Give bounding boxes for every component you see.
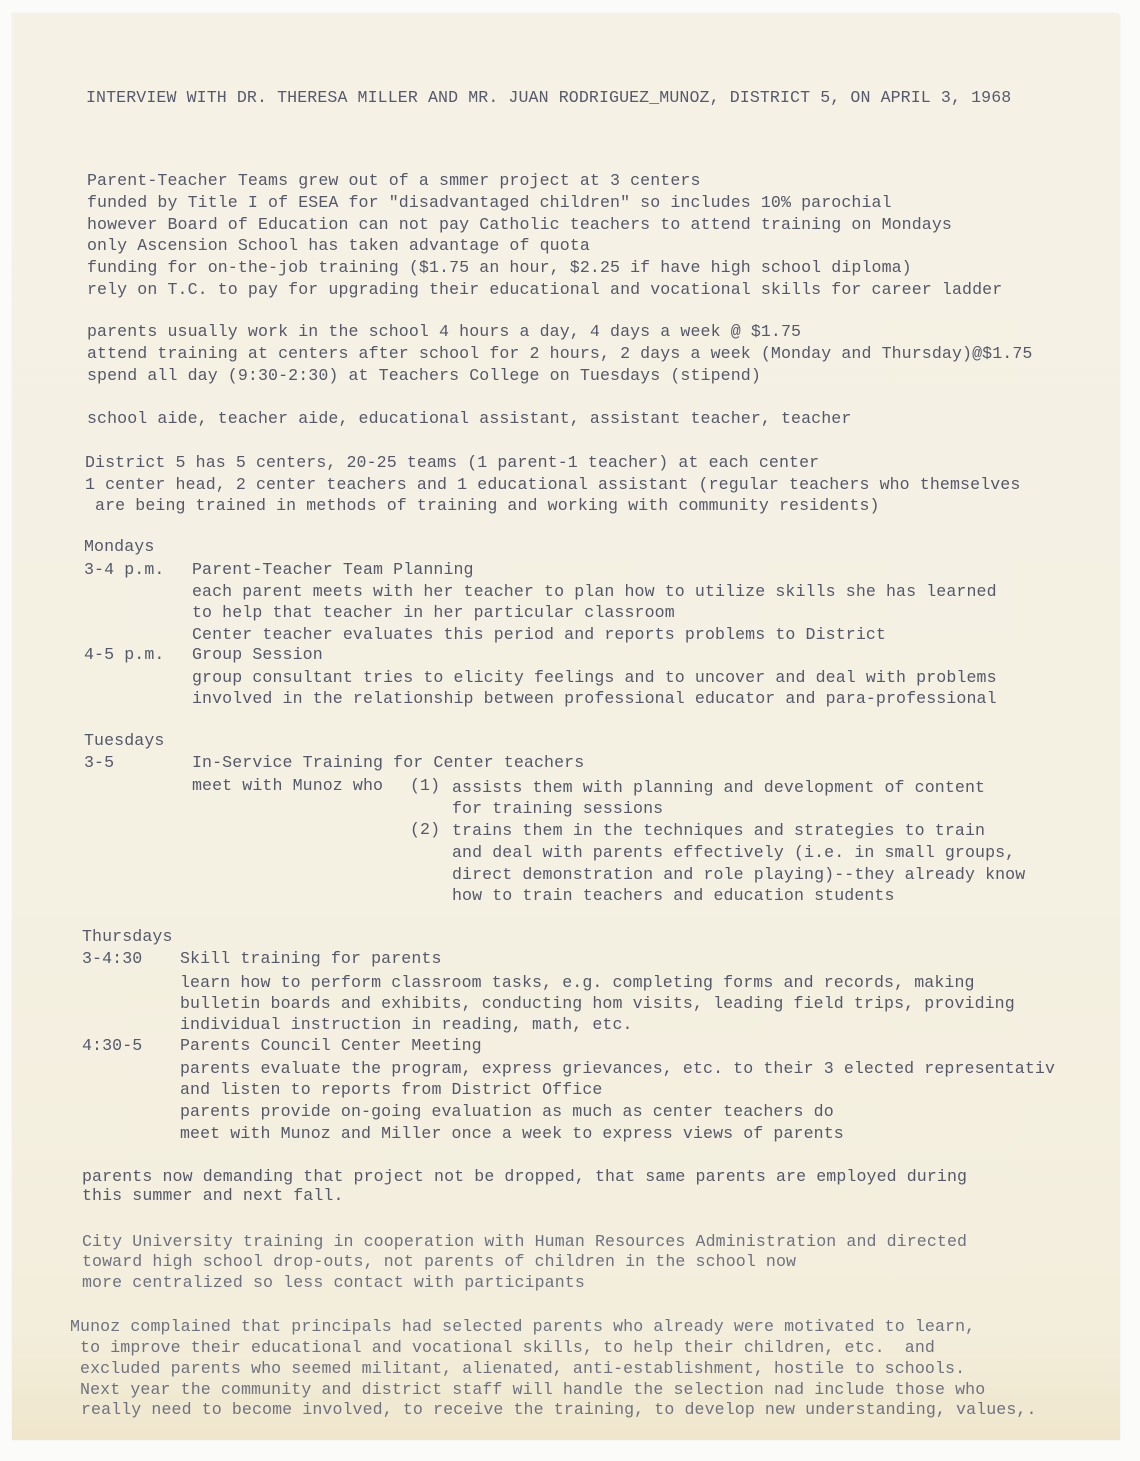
item-line: for training sessions xyxy=(452,799,663,819)
session-detail: individual instruction in reading, math,… xyxy=(180,1015,633,1035)
career-ladder-line: school aide, teacher aide, educational a… xyxy=(87,409,851,429)
session-time: 4-5 p.m. xyxy=(84,645,164,665)
session-title: Parent-Teacher Team Planning xyxy=(192,560,474,580)
session-detail: parents provide on-going evaluation as m… xyxy=(180,1102,834,1122)
session-title: In-Service Training for Center teachers xyxy=(192,753,584,773)
session-time: 3-4:30 xyxy=(82,949,142,969)
text-line: District 5 has 5 centers, 20-25 teams (1… xyxy=(85,453,819,473)
item-line: how to train teachers and education stud… xyxy=(452,886,895,906)
session-time: 3-4 p.m. xyxy=(84,560,164,580)
text-line: are being trained in methods of training… xyxy=(85,496,880,516)
session-detail: bulletin boards and exhibits, conducting… xyxy=(180,994,1015,1014)
item-line: and deal with parents effectively (i.e. … xyxy=(452,843,1015,863)
item-marker: (1) xyxy=(410,776,440,796)
text-line: City University training in cooperation … xyxy=(82,1232,967,1252)
session-title: Skill training for parents xyxy=(180,949,442,969)
day-heading: Tuesdays xyxy=(84,731,164,751)
item-line: trains them in the techniques and strate… xyxy=(452,821,985,841)
text-line: only Ascension School has taken advantag… xyxy=(87,236,590,256)
session-title: Parents Council Center Meeting xyxy=(180,1036,482,1056)
session-time: 3-5 xyxy=(84,753,114,773)
text-line: Munoz complained that principals had sel… xyxy=(70,1317,975,1337)
session-detail: involved in the relationship between pro… xyxy=(192,689,997,709)
text-line: to improve their educational and vocatio… xyxy=(70,1338,935,1358)
item-marker: (2) xyxy=(410,820,440,840)
session-detail: group consultant tries to elicity feelin… xyxy=(192,668,997,688)
item-line: assists them with planning and developme… xyxy=(452,778,985,798)
day-heading: Thursdays xyxy=(82,927,173,947)
text-line: more centralized so less contact with pa… xyxy=(82,1273,585,1293)
text-line: Next year the community and district sta… xyxy=(70,1380,985,1400)
text-line: funded by Title I of ESEA for "disadvant… xyxy=(87,193,892,213)
session-lead-in: meet with Munoz who xyxy=(192,776,383,796)
session-detail: to help that teacher in her particular c… xyxy=(192,603,675,623)
text-line: Parent-Teacher Teams grew out of a smmer… xyxy=(87,171,701,191)
text-line: parents now demanding that project not b… xyxy=(82,1167,967,1187)
text-line: attend training at centers after school … xyxy=(87,344,1032,364)
session-detail: parents evaluate the program, express gr… xyxy=(180,1059,1055,1079)
session-title: Group Session xyxy=(192,645,323,665)
text-line: however Board of Education can not pay C… xyxy=(87,215,952,235)
text-line: 1 center head, 2 center teachers and 1 e… xyxy=(85,475,1020,495)
text-line: toward high school drop-outs, not parent… xyxy=(82,1252,796,1272)
session-detail: Center teacher evaluates this period and… xyxy=(192,625,886,645)
session-time: 4:30-5 xyxy=(82,1036,142,1056)
text-line: funding for on-the-job training ($1.75 a… xyxy=(87,258,912,278)
text-line: this summer and next fall. xyxy=(82,1186,344,1206)
document-title: INTERVIEW WITH DR. THERESA MILLER AND MR… xyxy=(86,88,1011,108)
day-heading: Mondays xyxy=(84,537,154,557)
session-detail: each parent meets with her teacher to pl… xyxy=(192,582,997,602)
item-line: direct demonstration and role playing)--… xyxy=(452,865,1025,885)
text-line: rely on T.C. to pay for upgrading their … xyxy=(87,280,1002,300)
text-line: excluded parents who seemed militant, al… xyxy=(70,1359,965,1379)
session-detail: and listen to reports from District Offi… xyxy=(180,1080,602,1100)
session-detail: learn how to perform classroom tasks, e.… xyxy=(180,973,975,993)
text-line: spend all day (9:30-2:30) at Teachers Co… xyxy=(87,366,761,386)
text-line: really need to become involved, to recei… xyxy=(81,1400,1037,1420)
session-detail: meet with Munoz and Miller once a week t… xyxy=(180,1124,844,1144)
text-line: parents usually work in the school 4 hou… xyxy=(87,322,801,342)
